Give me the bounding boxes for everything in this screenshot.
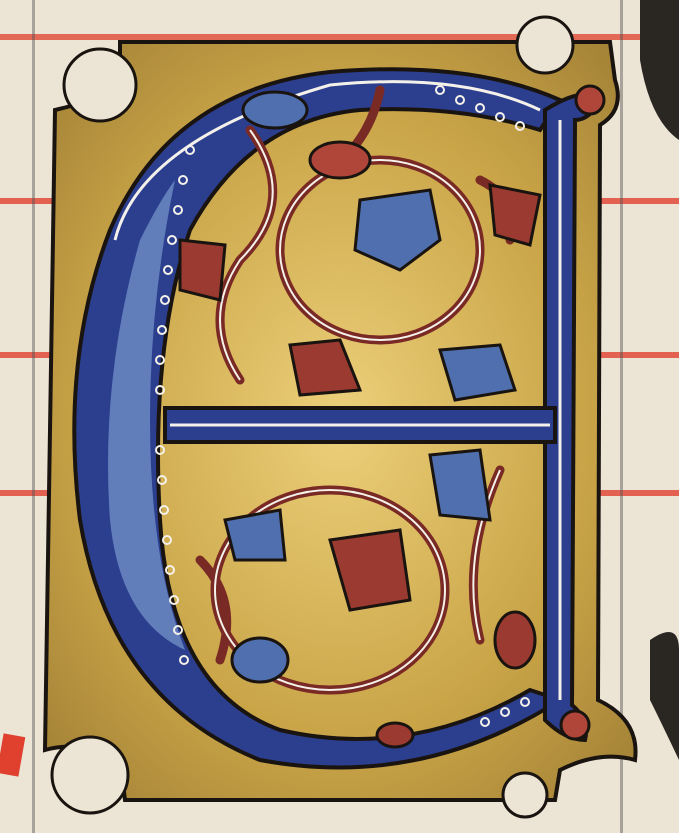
manuscript-initial [0,0,679,833]
illuminated-letter-e [0,0,679,833]
neighbor-letter [640,0,679,140]
